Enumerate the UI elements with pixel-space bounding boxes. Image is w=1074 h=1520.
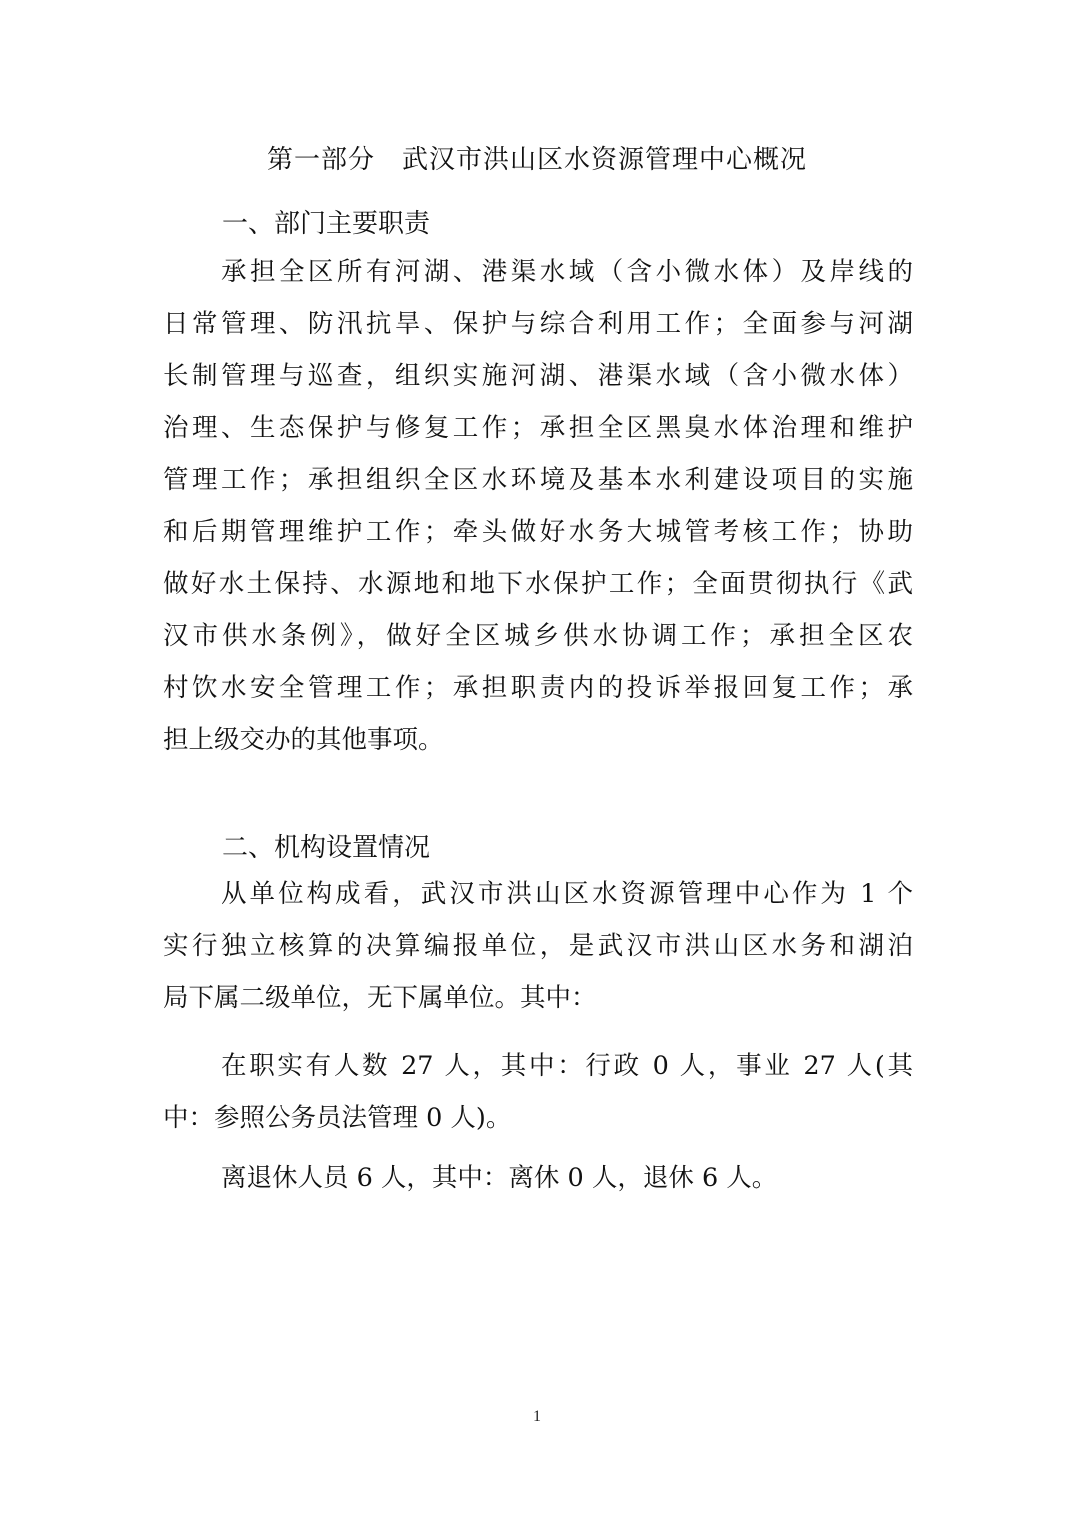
text-line: 承担全区所有河湖、港渠水域（含小微水体）及岸线的 — [163, 246, 913, 298]
section-heading-duties: 一、部门主要职责 — [222, 204, 430, 244]
section-heading-organization: 二、机构设置情况 — [222, 828, 430, 868]
text-line: 治理、生态保护与修复工作；承担全区黑臭水体治理和维护 — [163, 402, 913, 454]
text-line: 从单位构成看，武汉市洪山区水资源管理中心作为 1 个 — [163, 868, 913, 920]
text-line: 做好水土保持、水源地和地下水保护工作；全面贯彻执行《武 — [163, 558, 913, 610]
page-number: 1 — [0, 1408, 1074, 1426]
duties-paragraph: 承担全区所有河湖、港渠水域（含小微水体）及岸线的 日常管理、防汛抗旱、保护与综合… — [163, 246, 913, 766]
text-line: 在职实有人数 27 人，其中：行政 0 人，事业 27 人(其 — [163, 1040, 913, 1092]
text-line: 汉市供水条例》，做好全区城乡供水协调工作；承担全区农 — [163, 610, 913, 662]
text-line: 管理工作；承担组织全区水环境及基本水利建设项目的实施 — [163, 454, 913, 506]
page-title: 第一部分 武汉市洪山区水资源管理中心概况 — [0, 140, 1074, 180]
text-line: 长制管理与巡查，组织实施河湖、港渠水域（含小微水体） — [163, 350, 913, 402]
text-line: 实行独立核算的决算编报单位，是武汉市洪山区水务和湖泊 — [163, 920, 913, 972]
text-line: 离退休人员 6 人，其中：离休 0 人，退休 6 人。 — [163, 1152, 913, 1204]
text-line: 日常管理、防汛抗旱、保护与综合利用工作；全面参与河湖 — [163, 298, 913, 350]
organization-paragraph: 从单位构成看，武汉市洪山区水资源管理中心作为 1 个 实行独立核算的决算编报单位… — [163, 868, 913, 1024]
staff-paragraph: 在职实有人数 27 人，其中：行政 0 人，事业 27 人(其 中：参照公务员法… — [163, 1040, 913, 1144]
text-line: 和后期管理维护工作；牵头做好水务大城管考核工作；协助 — [163, 506, 913, 558]
text-line: 局下属二级单位，无下属单位。其中： — [163, 972, 913, 1024]
text-line: 担上级交办的其他事项。 — [163, 714, 913, 766]
retired-paragraph: 离退休人员 6 人，其中：离休 0 人，退休 6 人。 — [163, 1152, 913, 1204]
document-page: 第一部分 武汉市洪山区水资源管理中心概况 一、部门主要职责 承担全区所有河湖、港… — [0, 0, 1074, 1520]
text-line: 村饮水安全管理工作；承担职责内的投诉举报回复工作；承 — [163, 662, 913, 714]
text-line: 中：参照公务员法管理 0 人)。 — [163, 1092, 913, 1144]
